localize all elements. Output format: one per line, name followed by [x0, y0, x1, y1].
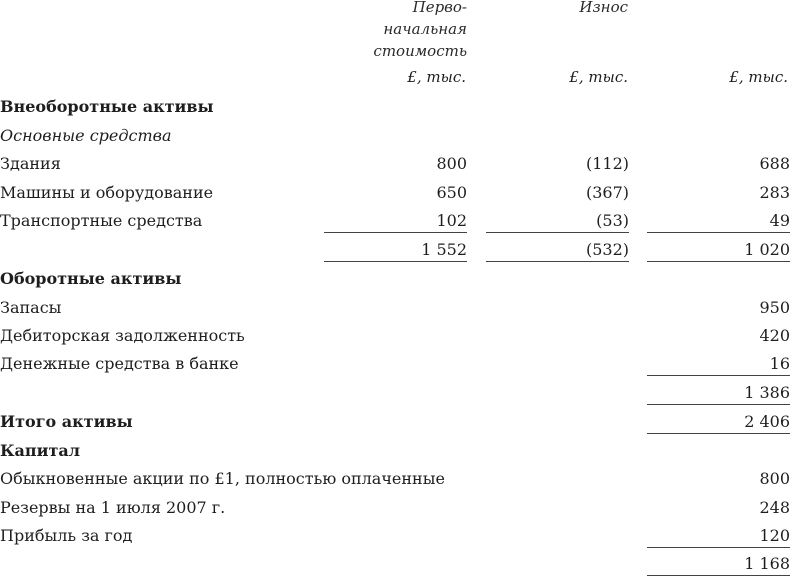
cost-total: 1 552 [324, 238, 467, 262]
row-label: Дебиторская задолженность [0, 324, 245, 348]
rule-divider [647, 261, 790, 262]
unit-label-depreciation: £, тыс. [488, 68, 628, 86]
table-row: Запасы 950 [0, 296, 790, 320]
section-title: Капитал [0, 439, 80, 463]
net-value: 950 [647, 296, 790, 320]
rule-divider [324, 261, 467, 262]
row-label: Резервы на 1 июля 2007 г. [0, 496, 225, 520]
row-label: Прибыль за год [0, 524, 132, 548]
unit-label-cost: £, тыс. [326, 68, 466, 86]
net-total: 1 386 [647, 381, 790, 405]
section-title-current: Оборотные активы [0, 267, 790, 291]
section-title: Оборотные активы [0, 267, 181, 291]
rule-divider [486, 261, 629, 262]
header-depreciation-label: Износ [468, 0, 628, 18]
table-row: Машины и оборудование 650 (367) 283 [0, 181, 790, 205]
rule-divider [647, 547, 790, 548]
net-value: 120 [647, 524, 790, 548]
row-label: Машины и оборудование [0, 181, 213, 205]
cost-value: 650 [324, 181, 467, 205]
balance-sheet: Перво- начальная стоимость Износ £, тыс.… [0, 0, 790, 576]
depreciation-value: (367) [486, 181, 629, 205]
header-cost-line-2: начальная [307, 18, 467, 40]
table-row: Денежные средства в банке 16 [0, 352, 790, 376]
subtotal-row: 1 552 (532) 1 020 [0, 238, 790, 262]
rule-divider [647, 433, 790, 434]
rule-divider [647, 232, 790, 233]
net-value: 16 [647, 352, 790, 376]
cost-value: 800 [324, 152, 467, 176]
total-assets-row: Итого активы 2 406 [0, 410, 790, 434]
table-row: Дебиторская задолженность 420 [0, 324, 790, 348]
row-label: Итого активы [0, 410, 133, 434]
row-label: Денежные средства в банке [0, 352, 239, 376]
section-title-equity: Капитал [0, 439, 790, 463]
table-row: Транспортные средства 102 (53) 49 [0, 209, 790, 233]
header-cost-line-1: Перво- [307, 0, 467, 18]
depreciation-value: (112) [486, 152, 629, 176]
net-value: 248 [647, 496, 790, 520]
rule-divider [647, 404, 790, 405]
table-row: Прибыль за год 120 [0, 524, 790, 548]
cost-value: 102 [324, 209, 467, 233]
row-label: Транспортные средства [0, 209, 202, 233]
subtotal-row: 1 386 [0, 381, 790, 405]
table-row: Обыкновенные акции по £1, полностью опла… [0, 467, 790, 491]
rule-divider [486, 232, 629, 233]
net-value: 49 [647, 209, 790, 233]
rule-divider [324, 232, 467, 233]
subtotal-row: 1 168 [0, 552, 790, 576]
depreciation-value: (53) [486, 209, 629, 233]
unit-label-net: £, тыс. [648, 68, 788, 86]
table-row: Резервы на 1 июля 2007 г. 248 [0, 496, 790, 520]
net-value: 688 [647, 152, 790, 176]
subsection-title: Основные средства [0, 124, 171, 148]
header-cost-line-3: стоимость [307, 40, 467, 62]
depreciation-total: (532) [486, 238, 629, 262]
net-total: 1 020 [647, 238, 790, 262]
table-row: Здания 800 (112) 688 [0, 152, 790, 176]
header-original-cost: Перво- начальная стоимость [307, 0, 467, 62]
row-label: Запасы [0, 296, 61, 320]
net-value: 283 [647, 181, 790, 205]
section-title: Внеоборотные активы [0, 95, 214, 119]
net-total: 1 168 [647, 552, 790, 576]
section-title-non-current: Внеоборотные активы [0, 95, 790, 119]
row-label: Обыкновенные акции по £1, полностью опла… [0, 467, 445, 491]
net-value: 800 [647, 467, 790, 491]
rule-divider [647, 375, 790, 376]
row-label: Здания [0, 152, 61, 176]
subsection-title-fixed-assets: Основные средства [0, 124, 790, 148]
net-value: 420 [647, 324, 790, 348]
header-depreciation: Износ [468, 0, 628, 18]
net-total: 2 406 [647, 410, 790, 434]
